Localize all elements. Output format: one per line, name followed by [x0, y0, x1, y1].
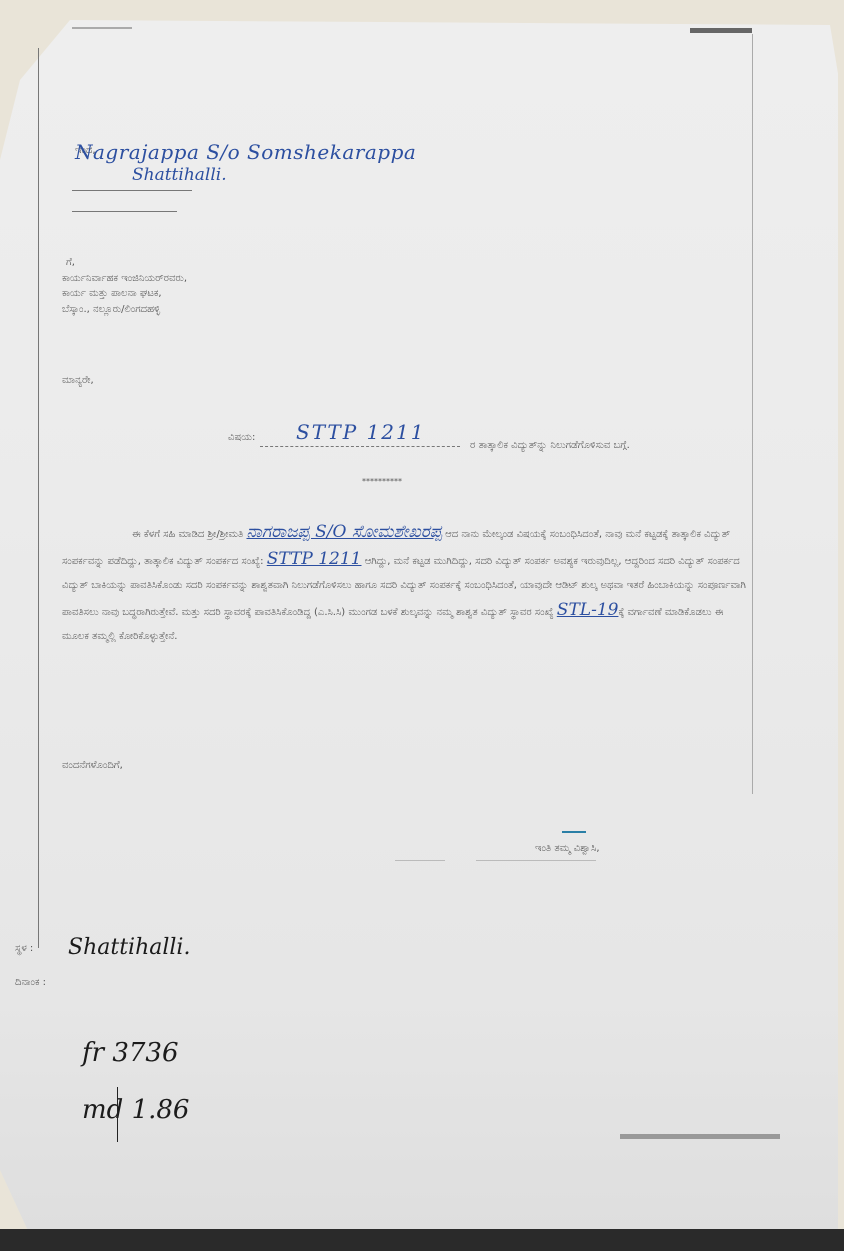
note-vertical-stroke: [117, 1087, 118, 1142]
recipient-line-2: ಕಾರ್ಯ ಮತ್ತು ಪಾಲನಾ ಘಟಕ,: [62, 288, 162, 299]
place-handwritten: Shattihalli.: [68, 935, 190, 960]
signature-line-right: [476, 860, 596, 861]
subject-text: ರ ತಾತ್ಕಾಲಿಕ ವಿದ್ಯುತ್‌ನ್ನು ನಿಲುಗಡೆಗೊಳಿಸುವ…: [470, 440, 630, 451]
right-border-line: [752, 34, 753, 794]
top-right-scan-mark: [690, 28, 752, 33]
from-line-1: [72, 190, 192, 191]
sender-name: Nagrajappa S/o Somshekarappa: [75, 140, 416, 164]
subject-label: ವಿಷಯ:: [228, 432, 255, 443]
top-left-scan-mark: [72, 27, 132, 29]
body-name-handwritten: ನಾಗರಾಜಪ್ಪ S/O ಸೋಮಶೇಖರಪ್ಪ: [246, 522, 441, 542]
date-label: ದಿನಾಂಕ :: [15, 977, 46, 988]
note-fr: fr 3736: [82, 1038, 178, 1068]
from-line-2: [72, 211, 177, 212]
note-md: md 1.86: [82, 1095, 189, 1125]
separator-stars: **********: [362, 477, 402, 486]
yours-faithfully: ಇಂತಿ ತಮ್ಮ ವಿಶ್ವಾಸಿ,: [535, 843, 600, 854]
place-label: ಸ್ಥಳ :: [15, 943, 33, 954]
signature-line-left: [395, 860, 445, 861]
body-permanent-no: STL-19: [557, 600, 619, 620]
sender-place: Shattihalli.: [132, 165, 227, 185]
body-intro: ಈ ಕೆಳಗೆ ಸಹಿ ಮಾಡಿದ ಶ್ರೀ/ಶ್ರೀಮತಿ: [132, 529, 243, 540]
subject-connection-no: STTP 1211: [296, 420, 425, 444]
letter-body: ಈ ಕೆಳಗೆ ಸಹಿ ಮಾಡಿದ ಶ್ರೀ/ಶ್ರೀಮತಿ ನಾಗರಾಜಪ್ಪ…: [62, 520, 752, 649]
bottom-right-scan-mark: [620, 1134, 780, 1139]
recipient-line-1: ಕಾರ್ಯನಿರ್ವಾಹಕ ಇಂಜಿನಿಯರ್‌ರವರು,: [62, 273, 187, 284]
signature-mark: [562, 831, 586, 833]
recipient-line-3: ಬೆಸ್ಕಾಂ., ನಲ್ಲೂರು/ಲಿಂಗದಹಳ್ಳಿ: [62, 304, 160, 315]
background-floor: [0, 1229, 844, 1251]
to-label: ಗೆ,: [66, 257, 75, 268]
closing: ವಂದನೆಗಳೊಂದಿಗೆ,: [62, 760, 123, 771]
salutation: ಮಾನ್ಯರೇ,: [62, 375, 94, 386]
body-connection-no: STTP 1211: [267, 549, 362, 569]
left-border-line: [38, 48, 39, 948]
